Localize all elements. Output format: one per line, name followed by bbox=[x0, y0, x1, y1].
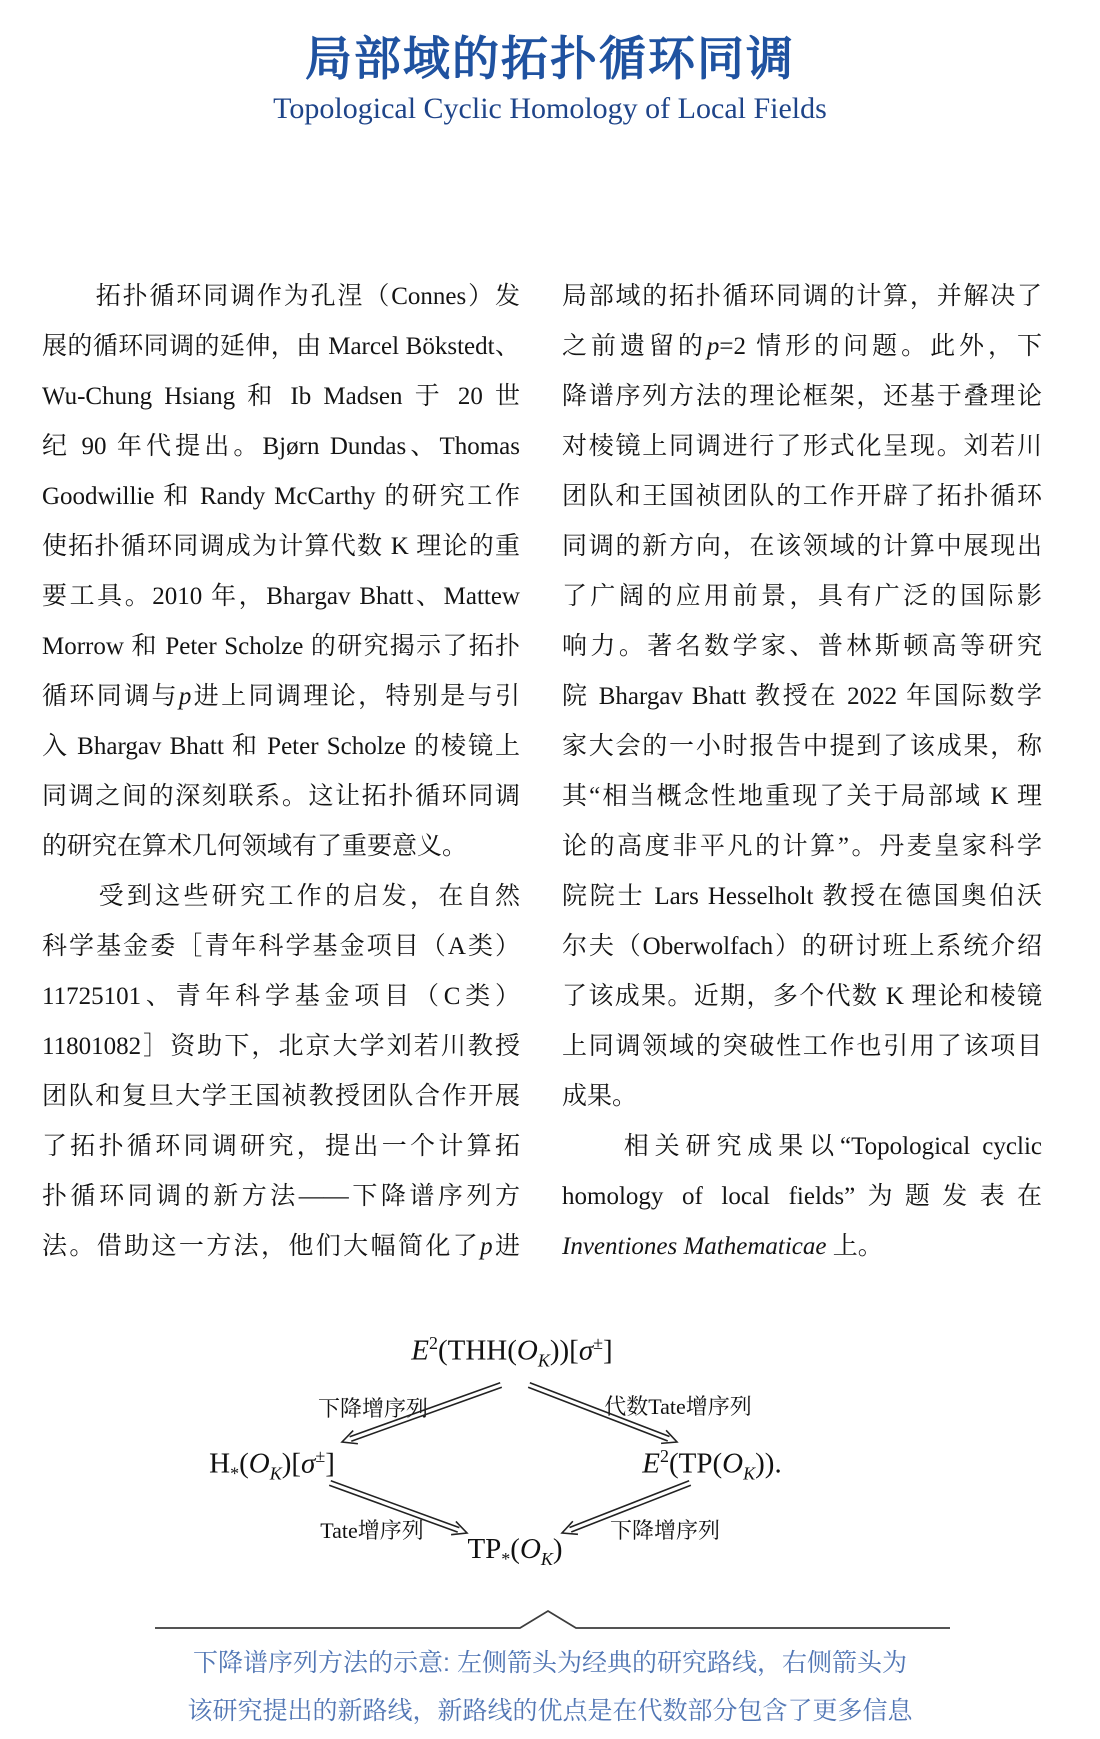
text-line: 团队和复旦大学王国祯教授团队合作开展 bbox=[42, 1072, 520, 1122]
page-title: 局部域的拓扑循环同调 bbox=[0, 22, 1100, 89]
article-page: 局部域的拓扑循环同调 Topological Cyclic Homology o… bbox=[0, 0, 1100, 1739]
text-line: 扑循环同调的新方法——下降谱序列方 bbox=[42, 1172, 520, 1222]
text-line: 论的高度非平凡的计算”。丹麦皇家科学 bbox=[562, 822, 1042, 872]
text-line: 的研究在算术几何领域有了重要意义。 bbox=[42, 822, 520, 872]
text-line: 对棱镜上同调进行了形式化呈现。刘若川 bbox=[562, 422, 1042, 472]
text-line: 了该成果。近期，多个代数 K 理论和棱镜 bbox=[562, 972, 1042, 1022]
text-line: 受到这些研究工作的启发，在自然 bbox=[42, 872, 520, 922]
text-line: Morrow 和 Peter Scholze 的研究揭示了拓扑 bbox=[42, 622, 520, 672]
text-line: 同调的新方向，在该领域的计算中展现出 bbox=[562, 522, 1042, 572]
text-line: 展的循环同调的延伸，由 Marcel Bökstedt、 bbox=[42, 322, 520, 372]
text-line: 之前遗留的p=2 情形的问题。此外，下 bbox=[562, 322, 1042, 372]
text-line: 局部域的拓扑循环同调的计算，并解决了 bbox=[562, 272, 1042, 322]
arrow-label-bottom-left: Tate增序列 bbox=[312, 1514, 432, 1545]
text-line: Inventiones Mathematicae 上。 bbox=[562, 1222, 1042, 1272]
page-subtitle: Topological Cyclic Homology of Local Fie… bbox=[0, 92, 1100, 126]
text-line: 降谱序列方法的理论框架，还基于叠理论 bbox=[562, 372, 1042, 422]
text-line: 纪 90 年代提出。Bjørn Dundas、Thomas bbox=[42, 422, 520, 472]
diagram-node-top: E2(THH(OK))[σ±] bbox=[411, 1333, 612, 1371]
text-line: 同调之间的深刻联系。这让拓扑循环同调 bbox=[42, 772, 520, 822]
text-line: homology of local fields”为题发表在 bbox=[562, 1172, 1042, 1222]
arrow-label-top-right: 代数Tate增序列 bbox=[588, 1390, 768, 1421]
column-right: 局部域的拓扑循环同调的计算，并解决了之前遗留的p=2 情形的问题。此外，下降谱序… bbox=[562, 272, 1042, 1272]
diagram-node-left: H*(OK)[σ±] bbox=[209, 1446, 335, 1484]
text-line: 使拓扑循环同调成为计算代数 K 理论的重 bbox=[42, 522, 520, 572]
text-line: 了拓扑循环同调研究，提出一个计算拓 bbox=[42, 1122, 520, 1172]
text-line: 团队和王国祯团队的工作开辟了拓扑循环 bbox=[562, 472, 1042, 522]
column-left: 拓扑循环同调作为孔涅（Connes）发展的循环同调的延伸，由 Marcel Bö… bbox=[42, 272, 520, 1272]
caption-pointer-line bbox=[155, 1611, 950, 1628]
text-line: 家大会的一小时报告中提到了该成果，称 bbox=[562, 722, 1042, 772]
text-line: 11725101、青年科学基金项目（C类） bbox=[42, 972, 520, 1022]
text-line: 院院士 Lars Hesselholt 教授在德国奥伯沃 bbox=[562, 872, 1042, 922]
text-line: 成果。 bbox=[562, 1072, 1042, 1122]
text-line: 上同调领域的突破性工作也引用了该项目 bbox=[562, 1022, 1042, 1072]
text-line: Goodwillie 和 Randy McCarthy 的研究工作 bbox=[42, 472, 520, 522]
text-line: 入 Bhargav Bhatt 和 Peter Scholze 的棱镜上 bbox=[42, 722, 520, 772]
diagram-node-bottom: TP*(OK) bbox=[467, 1533, 562, 1570]
caption-line-2: 该研究提出的新路线，新路线的优点是在代数部分包含了更多信息 bbox=[150, 1691, 950, 1727]
text-line: 循环同调与p进上同调理论，特别是与引 bbox=[42, 672, 520, 722]
text-line: 拓扑循环同调作为孔涅（Connes）发 bbox=[42, 272, 520, 322]
text-line: 其“相当概念性地重现了关于局部域 K 理 bbox=[562, 772, 1042, 822]
caption-line-1: 下降谱序列方法的示意: 左侧箭头为经典的研究路线，右侧箭头为 bbox=[150, 1643, 950, 1679]
text-line: Wu-Chung Hsiang 和 Ib Madsen 于 20 世 bbox=[42, 372, 520, 422]
text-line: 11801082］资助下，北京大学刘若川教授 bbox=[42, 1022, 520, 1072]
diagram-node-right: E2(TP(OK)). bbox=[642, 1446, 781, 1484]
text-line: 尔夫（Oberwolfach）的研讨班上系统介绍 bbox=[562, 922, 1042, 972]
text-line: 响力。著名数学家、普林斯顿高等研究 bbox=[562, 622, 1042, 672]
text-line: 法。借助这一方法，他们大幅简化了p进 bbox=[42, 1222, 520, 1272]
text-line: 要工具。2010 年，Bhargav Bhatt、Mattew bbox=[42, 572, 520, 622]
text-line: 科学基金委［青年科学基金项目（A类） bbox=[42, 922, 520, 972]
text-line: 了广阔的应用前景，具有广泛的国际影 bbox=[562, 572, 1042, 622]
arrow-label-top-left: 下降增序列 bbox=[310, 1392, 436, 1423]
text-line: 院 Bhargav Bhatt 教授在 2022 年国际数学 bbox=[562, 672, 1042, 722]
arrow-label-bottom-right: 下降增序列 bbox=[600, 1514, 730, 1545]
text-line: 相关研究成果以“Topological cyclic bbox=[562, 1122, 1042, 1172]
